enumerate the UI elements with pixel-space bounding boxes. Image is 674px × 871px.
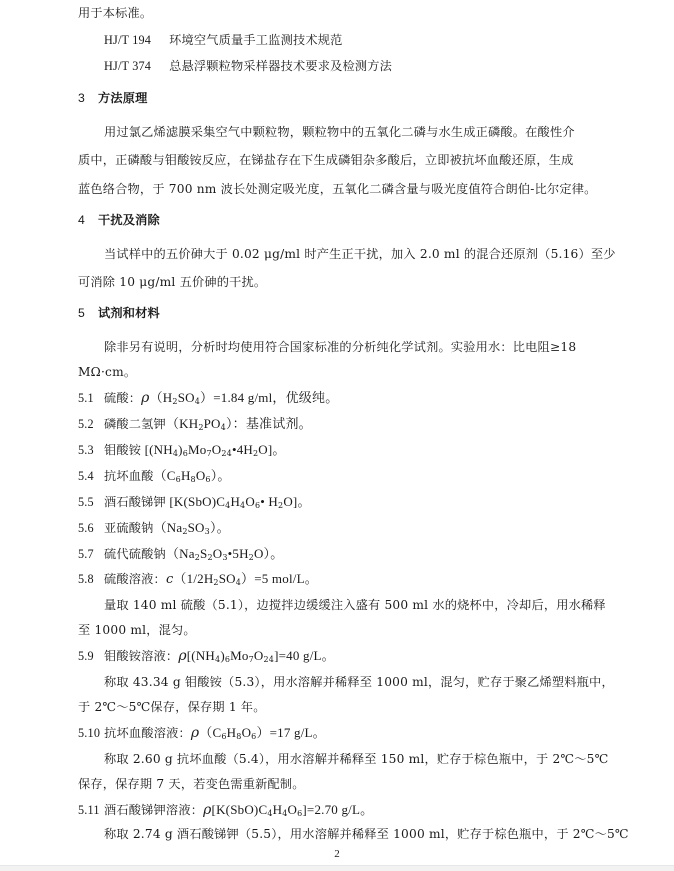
reagent-item: 5.11酒石酸锑钾溶液：ρ[K(SbO)C4H4O6]=2.70 g/L。 xyxy=(78,802,373,818)
reference-title: 总悬浮颗粒物采样器技术要求及检测方法 xyxy=(169,59,392,73)
page-number: 2 xyxy=(0,848,674,860)
section-4-paragraph-line: 可消除 10 μg/ml 五价砷的干扰。 xyxy=(78,274,266,290)
reagent-item: 5.8硫酸溶液：c（1/2H2SO4）=5 mol/L。 xyxy=(78,571,318,588)
reagent-item: 5.7硫代硫酸钠（Na2S2O3•5H2O）。 xyxy=(78,546,283,562)
document-page: 用于本标准。 HJ/T 194 环境空气质量手工监测技术规范 HJ/T 374 … xyxy=(0,0,674,865)
reference-title: 环境空气质量手工监测技术规范 xyxy=(169,33,342,47)
reference-item: HJ/T 374 总悬浮颗粒物采样器技术要求及检测方法 xyxy=(104,58,392,74)
reagent-item: 5.10抗坏血酸溶液：ρ（C6H8O6）=17 g/L。 xyxy=(78,725,326,741)
reagent-paragraph-line: 量取 140 ml 硫酸（5.1），边搅拌边缓缓注入盛有 500 ml 水的烧杯… xyxy=(104,597,606,613)
section-4-paragraph-line: 当试样中的五价砷大于 0.02 μg/ml 时产生正干扰，加入 2.0 ml 的… xyxy=(104,246,616,262)
reagent-item: 5.9钼酸铵溶液：ρ[(NH4)6Mo7O24]=40 g/L。 xyxy=(78,648,335,664)
section-5-paragraph-line: MΩ·cm。 xyxy=(78,364,136,380)
reagent-paragraph-line: 称取 43.34 g 钼酸铵（5.3），用水溶解并稀释至 1000 ml，混匀，… xyxy=(104,674,614,690)
section-3-paragraph-line: 质中，正磷酸与钼酸铵反应，在锑盐存在下生成磷钼杂多酸后，立即被抗坏血酸还原，生成 xyxy=(78,152,574,168)
page-bottom-edge xyxy=(0,865,674,871)
reagent-item: 5.1硫酸：ρ（H2SO4）=1.84 g/ml，优级纯。 xyxy=(78,390,338,406)
reagent-paragraph-line: 称取 2.60 g 抗坏血酸（5.4），用水溶解并稀释至 150 ml，贮存于棕… xyxy=(104,751,608,767)
section-heading-4: 4干扰及消除 xyxy=(78,212,160,228)
reagent-paragraph-line: 保存，保存期 7 天，若变色需重新配制。 xyxy=(78,776,305,792)
section-5-paragraph-line: 除非另有说明，分析时均使用符合国家标准的分析纯化学试剂。实验用水：比电阻≥18 xyxy=(104,339,576,355)
reagent-item: 5.2磷酸二氢钾（KH2PO4）：基准试剂。 xyxy=(78,416,312,432)
reference-code: HJ/T 374 xyxy=(104,58,165,74)
reagent-paragraph-line: 称取 2.74 g 酒石酸锑钾（5.5），用水溶解并稀释至 1000 ml，贮存… xyxy=(104,826,629,842)
reagent-item: 5.3钼酸铵 [(NH4)6Mo7O24•4H2O]。 xyxy=(78,442,286,458)
reagent-paragraph-line: 至 1000 ml，混匀。 xyxy=(78,622,196,638)
reagent-item: 5.4抗坏血酸（C6H8O6）。 xyxy=(78,468,231,484)
intro-tail-text: 用于本标准。 xyxy=(78,5,152,21)
reagent-item: 5.6亚硫酸钠（Na2SO3）。 xyxy=(78,520,230,536)
reference-item: HJ/T 194 环境空气质量手工监测技术规范 xyxy=(104,32,343,48)
section-heading-3: 3方法原理 xyxy=(78,90,148,106)
section-3-paragraph-line: 蓝色络合物，于 700 nm 波长处测定吸光度，五氧化二磷含量与吸光度值符合朗伯… xyxy=(78,181,597,197)
reference-code: HJ/T 194 xyxy=(104,32,165,48)
reagent-paragraph-line: 于 2℃～5℃保存，保存期 1 年。 xyxy=(78,699,266,715)
section-3-paragraph-line: 用过氯乙烯滤膜采集空气中颗粒物，颗粒物中的五氧化二磷与水生成正磷酸。在酸性介 xyxy=(104,124,575,140)
section-heading-5: 5试剂和材料 xyxy=(78,305,160,321)
reagent-item: 5.5酒石酸锑钾 [K(SbO)C4H4O6• H2O]。 xyxy=(78,494,311,510)
